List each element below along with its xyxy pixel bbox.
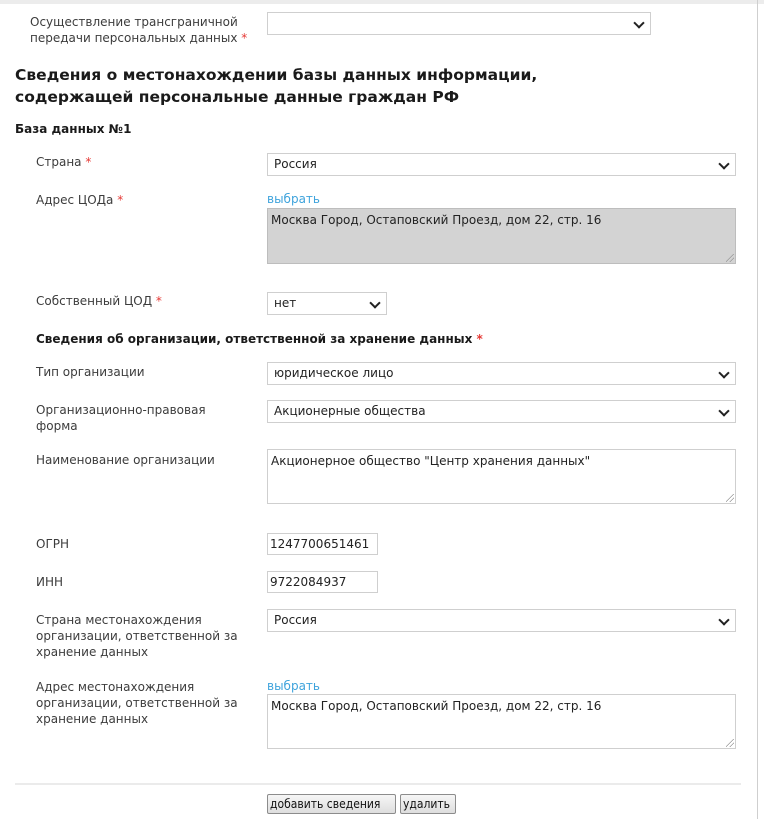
org-country-label: Страна местонахождения организации, отве… [36,612,251,660]
database-title: База данных №1 [15,122,131,136]
dc-address-textarea[interactable]: Москва Город, Остаповский Проезд, дом 22… [267,208,736,264]
transborder-label-text: Осуществление трансграничной передачи пе… [30,15,238,45]
required-mark: * [117,193,123,207]
section-title: Сведения о местонахождении базы данных и… [15,64,655,108]
form-page: Осуществление трансграничной передачи пе… [0,0,764,819]
org-name-label: Наименование организации [36,452,215,468]
chevron-down-icon [718,367,729,378]
dc-address-label: Адрес ЦОДа * [36,192,123,208]
org-type-label: Тип организации [36,364,145,380]
transborder-select[interactable] [267,12,651,35]
org-section-title: Сведения об организации, ответственной з… [36,332,483,346]
dc-address-select-link[interactable]: выбрать [267,192,320,206]
own-dc-label: Собственный ЦОД * [36,293,162,309]
country-label: Страна * [36,154,91,170]
org-address-textarea[interactable]: Москва Город, Остаповский Проезд, дом 22… [267,694,736,749]
add-info-button[interactable]: добавить сведения [267,794,396,814]
transborder-label: Осуществление трансграничной передачи пе… [30,14,250,46]
resize-grip-icon[interactable] [726,254,734,262]
legal-form-select-value: Акционерные общества [274,404,426,418]
org-name-value: Акционерное общество "Центр хранения дан… [271,454,590,468]
country-select-value: Россия [274,157,317,171]
own-dc-label-text: Собственный ЦОД [36,294,152,308]
org-address-select-link[interactable]: выбрать [267,679,320,693]
chevron-down-icon [718,614,729,625]
dc-address-label-text: Адрес ЦОДа [36,193,113,207]
country-label-text: Страна [36,155,82,169]
resize-grip-icon[interactable] [726,494,734,502]
org-type-select[interactable]: юридическое лицо [267,362,736,385]
delete-button[interactable]: удалить [400,794,456,814]
chevron-down-icon [633,17,644,28]
org-section-title-text: Сведения об организации, ответственной з… [36,332,472,346]
inn-label: ИНН [36,574,63,590]
chevron-down-icon [718,405,729,416]
required-mark: * [241,31,247,45]
legal-form-label: Организационно-правовая форма [36,402,236,434]
legal-form-select[interactable]: Акционерные общества [267,400,736,423]
ogrn-input[interactable]: 1247700651461 [267,533,378,555]
required-mark: * [477,332,483,346]
ogrn-label: ОГРН [36,536,69,552]
org-country-select[interactable]: Россия [267,609,736,632]
required-mark: * [156,294,162,308]
divider [15,783,741,785]
org-country-select-value: Россия [274,613,317,627]
chevron-down-icon [369,297,380,308]
chevron-down-icon [718,158,729,169]
org-name-textarea[interactable]: Акционерное общество "Центр хранения дан… [267,449,736,504]
own-dc-select[interactable]: нет [267,292,387,315]
resize-grip-icon[interactable] [726,739,734,747]
org-address-value: Москва Город, Остаповский Проезд, дом 22… [271,699,601,713]
dc-address-value: Москва Город, Остаповский Проезд, дом 22… [271,213,601,227]
country-select[interactable]: Россия [267,153,736,176]
org-address-label: Адрес местонахождения организации, ответ… [36,679,251,727]
own-dc-select-value: нет [274,296,296,310]
org-type-select-value: юридическое лицо [274,366,393,380]
required-mark: * [85,155,91,169]
inn-input[interactable]: 9722084937 [267,571,378,593]
